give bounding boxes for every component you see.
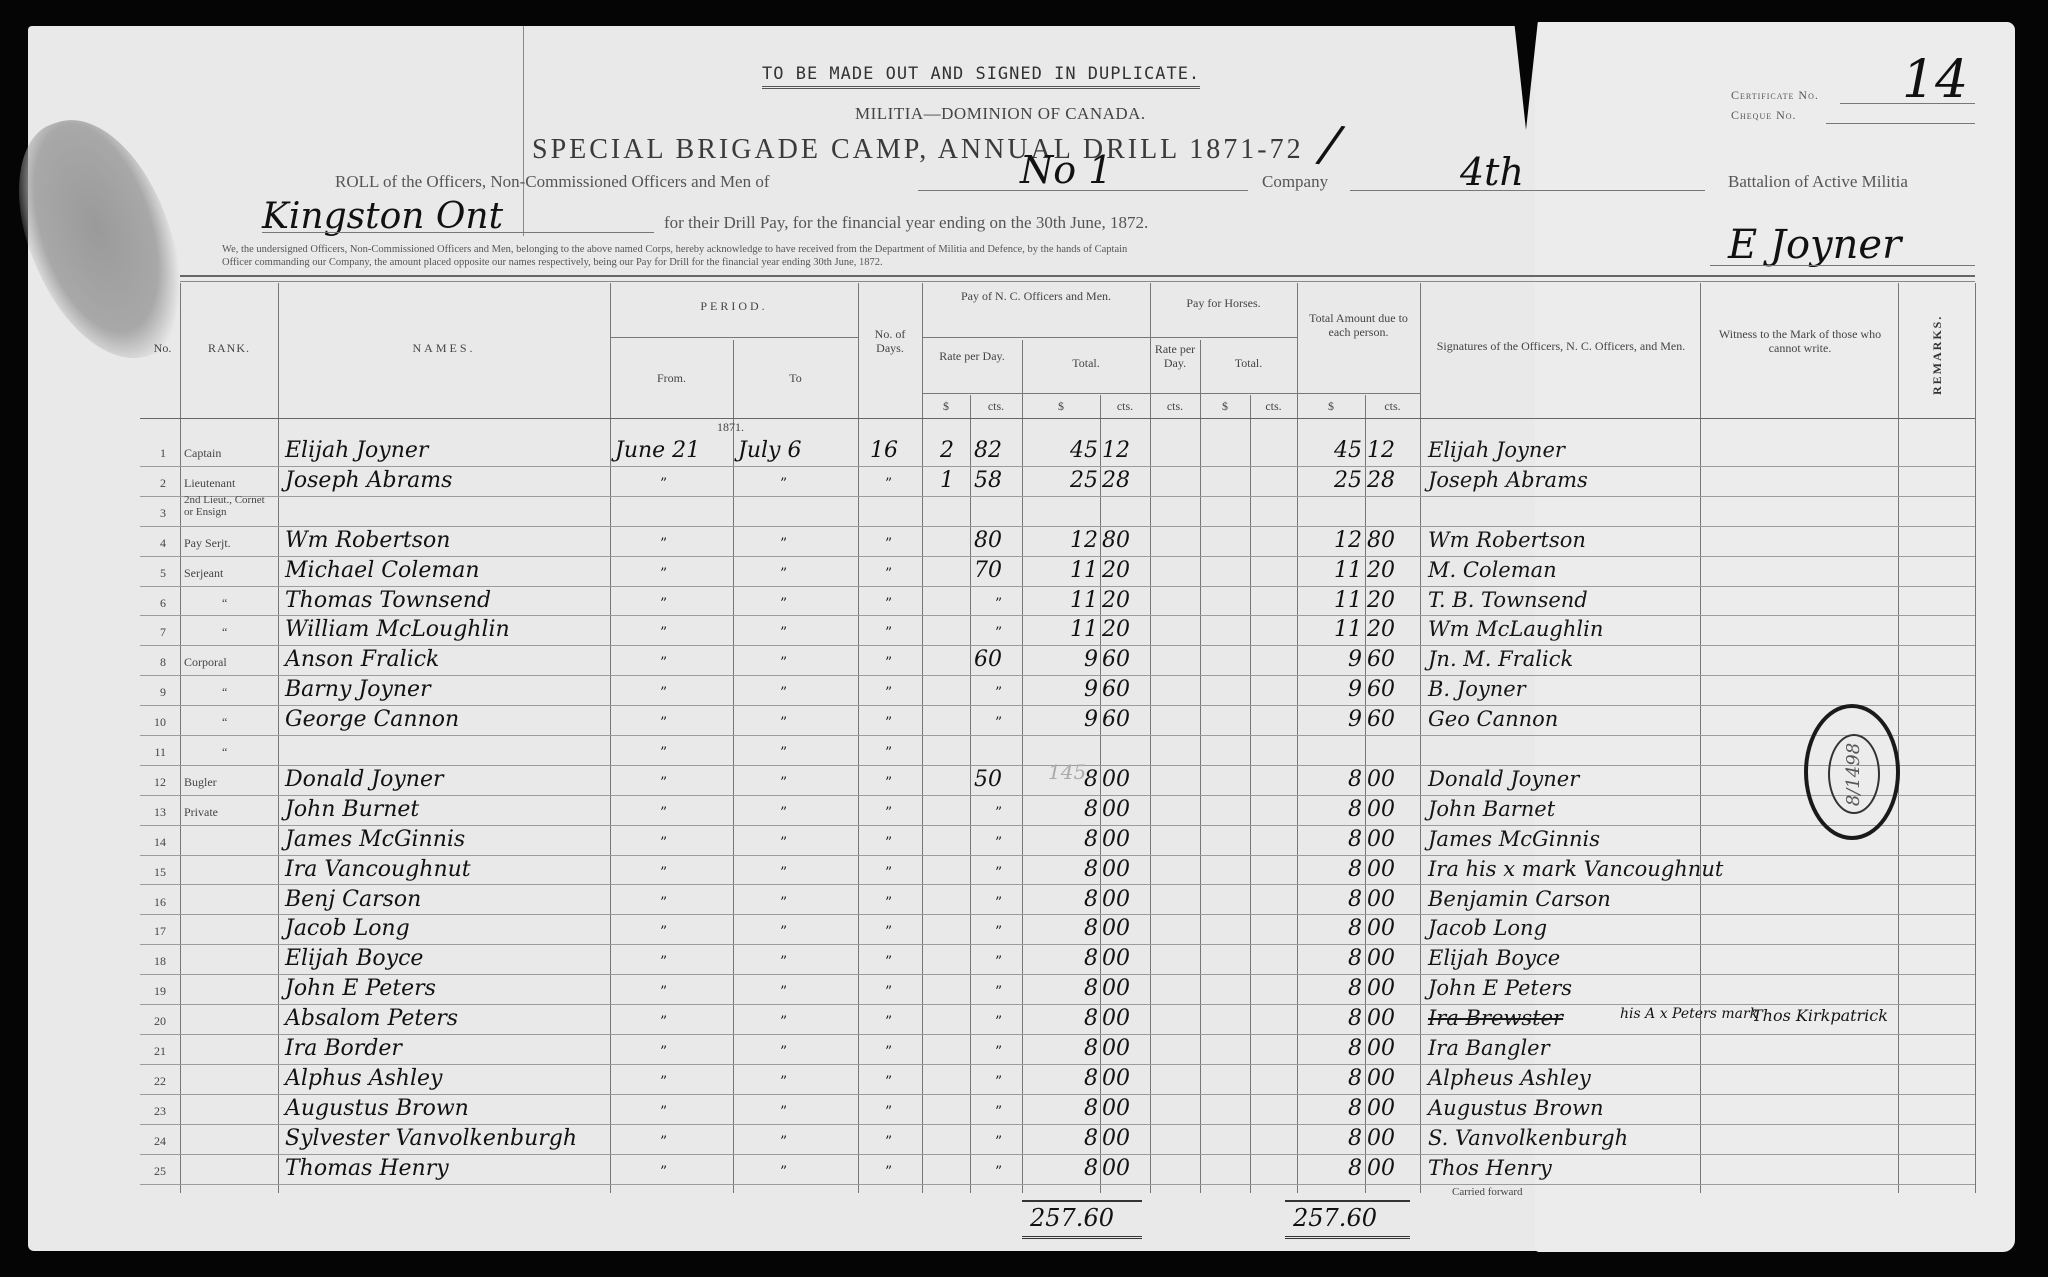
row-signature[interactable]: S. Vanvolkenburgh <box>1428 1126 1628 1150</box>
row-signature[interactable]: Augustus Brown <box>1428 1096 1603 1120</box>
amount-dollar-header: $ <box>1297 400 1365 414</box>
row-amount-dollars: 8 <box>1348 1066 1362 1091</box>
col-line <box>278 283 279 1193</box>
horse-cents-header: cts. <box>1250 400 1297 414</box>
row-amount-dollars: 12 <box>1334 528 1362 553</box>
row-name: Jacob Long <box>285 916 410 941</box>
row-to: ” <box>780 954 787 970</box>
row-from: ” <box>660 865 667 881</box>
carried-forward-label: Carried forward <box>1452 1186 1523 1198</box>
row-number: 9 <box>142 685 166 700</box>
row-days: ” <box>885 1134 892 1150</box>
row-rule <box>140 1094 1975 1095</box>
row-amount-dollars: 11 <box>1334 617 1362 642</box>
row-rule <box>140 1004 1975 1005</box>
row-to: ” <box>780 835 787 851</box>
row-total-cents: 00 <box>1102 1126 1130 1151</box>
row-signature[interactable]: Elijah Boyce <box>1428 946 1560 970</box>
row-number: 21 <box>142 1044 166 1059</box>
row-name: Joseph Abrams <box>285 468 452 493</box>
row-amount-cents: 00 <box>1367 916 1395 941</box>
col-line <box>1420 283 1421 1193</box>
row-amount-cents: 00 <box>1367 1096 1395 1121</box>
row-name: Thomas Henry <box>285 1156 449 1181</box>
row-rate-dollars: 1 <box>940 468 954 493</box>
col-header-remarks: REMARKS. <box>1930 315 1945 395</box>
col-line <box>970 395 971 1193</box>
row-rule <box>140 855 1975 856</box>
company-value[interactable]: 4th <box>1460 150 1524 194</box>
row-total-cents: 00 <box>1102 887 1130 912</box>
row-rank: “ <box>222 745 227 760</box>
row-from: ” <box>660 895 667 911</box>
row-total-cents: 00 <box>1102 976 1130 1001</box>
acknowledgement-line-1: We, the undersigned Officers, Non-Commis… <box>222 244 1127 255</box>
row-rule <box>140 586 1975 587</box>
row-rank: “ <box>222 625 227 640</box>
row-days: ” <box>885 745 892 761</box>
row-rank: Bugler <box>184 775 217 790</box>
drill-pay-text: for their Drill Pay, for the financial y… <box>664 213 1148 233</box>
cheque-field-line[interactable] <box>1826 123 1975 124</box>
company-field-line <box>1350 190 1705 191</box>
row-amount-cents: 00 <box>1367 827 1395 852</box>
total-dollar-header: $ <box>1022 400 1100 414</box>
row-total-dollars: 8 <box>1084 1036 1098 1061</box>
period-rule <box>610 337 858 338</box>
row-number: 1 <box>142 446 166 461</box>
col-line <box>1898 283 1899 1193</box>
row-amount-cents: 28 <box>1367 468 1395 493</box>
row-rank: Pay Serjt. <box>184 536 231 551</box>
row-signature[interactable]: Elijah Joyner <box>1428 438 1565 462</box>
row-total-cents: 20 <box>1102 588 1130 613</box>
militia-heading: MILITIA—DOMINION OF CANADA. <box>855 104 1146 124</box>
row-to: ” <box>780 715 787 731</box>
row-number: 17 <box>142 924 166 939</box>
col-header-rate: Rate per Day. <box>925 350 1019 364</box>
col-header-from: From. <box>610 372 733 386</box>
row-signature[interactable]: Geo Cannon <box>1428 707 1558 731</box>
row-days: ” <box>885 805 892 821</box>
row-rule <box>140 944 1975 945</box>
row-rate-cents: ” <box>995 625 1002 641</box>
row-from: ” <box>660 655 667 671</box>
row-signature[interactable]: Jacob Long <box>1428 916 1547 940</box>
row-from: ” <box>660 984 667 1000</box>
row-signature[interactable]: John Barnet <box>1428 797 1555 821</box>
stamp-number: 8/1498 <box>1844 742 1865 805</box>
row-days: ” <box>885 775 892 791</box>
col-line <box>858 283 859 1193</box>
row-amount-cents: 60 <box>1367 677 1395 702</box>
row-rate-cents: 60 <box>974 647 1002 672</box>
rate-cents-header: cts. <box>970 400 1022 414</box>
row-total-cents: 00 <box>1102 1096 1130 1121</box>
row-name: Ira Border <box>285 1036 402 1061</box>
row-signature[interactable]: Joseph Abrams <box>1428 468 1588 492</box>
row-amount-cents: 00 <box>1367 976 1395 1001</box>
col-header-to: To <box>733 372 858 386</box>
row-rank: Private <box>184 805 218 820</box>
row-to: ” <box>780 895 787 911</box>
col-line <box>1250 395 1251 1193</box>
row-total-dollars: 11 <box>1070 558 1098 583</box>
oval-stamp-icon: 8/1498 <box>1804 704 1900 840</box>
col-line <box>922 283 923 1193</box>
row-amount-dollars: 8 <box>1348 827 1362 852</box>
row-rule <box>140 705 1975 706</box>
row-number: 12 <box>142 775 166 790</box>
row-rate-cents: 58 <box>974 468 1002 493</box>
col-header-horse-rate: Rate per Day. <box>1150 343 1200 371</box>
paper-tear <box>1514 20 1538 130</box>
row-rate-cents: ” <box>995 984 1002 1000</box>
row-rank: Captain <box>184 446 221 461</box>
row-total-cents: 60 <box>1102 647 1130 672</box>
row-from: ” <box>660 1044 667 1060</box>
row-rate-cents: ” <box>995 1134 1002 1150</box>
row-days: ” <box>885 566 892 582</box>
row-rate-dollars: 2 <box>940 438 954 463</box>
cheque-label: Cheque No. <box>1731 108 1797 123</box>
row-total-cents: 00 <box>1102 946 1130 971</box>
row-total-dollars: 11 <box>1070 588 1098 613</box>
row-from: ” <box>660 1074 667 1090</box>
nco-total-box: 257.60 <box>1022 1200 1142 1239</box>
row-from: ” <box>660 954 667 970</box>
row-days: ” <box>885 984 892 1000</box>
row-amount-cents: 00 <box>1367 797 1395 822</box>
col-header-days: No. of Days. <box>862 328 918 356</box>
row-amount-cents: 60 <box>1367 647 1395 672</box>
row-total-cents: 60 <box>1102 707 1130 732</box>
row-total-dollars: 9 <box>1084 677 1098 702</box>
row-signature[interactable]: James McGinnis <box>1428 827 1600 851</box>
row-days: ” <box>885 625 892 641</box>
row-to: ” <box>780 745 787 761</box>
row-to: ” <box>780 984 787 1000</box>
row-amount-cents: 00 <box>1367 1126 1395 1151</box>
row-from: ” <box>660 566 667 582</box>
row-rule <box>140 1124 1975 1125</box>
row-to: ” <box>780 1074 787 1090</box>
row-amount-dollars: 45 <box>1334 438 1362 463</box>
row-total-dollars: 12 <box>1070 528 1098 553</box>
row-days: ” <box>885 895 892 911</box>
row-number: 10 <box>142 715 166 730</box>
col-line <box>1700 283 1701 1193</box>
row-rate-cents: ” <box>995 1164 1002 1180</box>
row-rate-cents: ” <box>995 596 1002 612</box>
row-rate-cents: ” <box>995 715 1002 731</box>
row-signature[interactable]: Jn. M. Fralick <box>1428 647 1573 671</box>
amount-total-value: 257.60 <box>1293 1204 1377 1232</box>
row-rate-cents: ” <box>995 924 1002 940</box>
location-value[interactable]: Kingston Ont <box>262 196 503 237</box>
row-amount-cents: 12 <box>1367 438 1395 463</box>
row-signature[interactable]: Alpheus Ashley <box>1428 1066 1591 1090</box>
row-total-dollars: 9 <box>1084 707 1098 732</box>
row-rule <box>140 466 1975 467</box>
row-name: Benj Carson <box>285 887 421 912</box>
row-to: ” <box>780 775 787 791</box>
row-from: ” <box>660 685 667 701</box>
row-from: ” <box>660 775 667 791</box>
row-to: ” <box>780 924 787 940</box>
row-witness[interactable]: Thos Kirkpatrick <box>1752 1006 1888 1025</box>
row-total-dollars: 11 <box>1070 617 1098 642</box>
row-rule <box>140 526 1975 527</box>
col-line <box>1975 283 1976 1193</box>
row-amount-dollars: 8 <box>1348 1156 1362 1181</box>
row-days: ” <box>885 476 892 492</box>
row-days: ” <box>885 1014 892 1030</box>
row-signature-mark: his A x Peters mark <box>1620 1006 1758 1022</box>
acknowledgement-line-2: Officer commanding our Company, the amou… <box>222 257 883 268</box>
col-line <box>733 340 734 1193</box>
col-line <box>1200 340 1201 1193</box>
row-days: ” <box>885 1104 892 1120</box>
row-rank: “ <box>222 685 227 700</box>
row-number: 11 <box>142 745 166 760</box>
year-note: 1871. <box>717 420 744 435</box>
row-amount-cents: 00 <box>1367 1036 1395 1061</box>
row-to: ” <box>780 596 787 612</box>
row-total-dollars: 8 <box>1084 916 1098 941</box>
row-days: ” <box>885 835 892 851</box>
captain-field-line <box>1710 265 1975 266</box>
row-rate-cents: ” <box>995 685 1002 701</box>
row-total-cents: 00 <box>1102 857 1130 882</box>
row-rank: Corporal <box>184 655 227 670</box>
row-rate-cents: ” <box>995 1074 1002 1090</box>
row-rule <box>140 645 1975 646</box>
row-to: ” <box>780 655 787 671</box>
row-name: Barny Joyner <box>285 677 431 702</box>
roll-prefix: ROLL of the Officers, Non-Commissioned O… <box>335 172 770 192</box>
row-number: 22 <box>142 1074 166 1089</box>
row-amount-dollars: 25 <box>1334 468 1362 493</box>
row-rate-cents: ” <box>995 895 1002 911</box>
row-rate-cents: ” <box>995 865 1002 881</box>
row-total-cents: 80 <box>1102 528 1130 553</box>
company-label: Company <box>1262 172 1328 192</box>
row-rank: Serjeant <box>184 566 223 581</box>
row-signature[interactable]: Wm Robertson <box>1428 528 1586 552</box>
row-rule <box>140 825 1975 826</box>
row-from: ” <box>660 745 667 761</box>
row-total-dollars: 9 <box>1084 647 1098 672</box>
row-amount-cents: 00 <box>1367 767 1395 792</box>
row-name: James McGinnis <box>285 827 465 852</box>
row-amount-dollars: 8 <box>1348 857 1362 882</box>
nco-pay-rule <box>922 337 1150 338</box>
row-rule <box>140 914 1975 915</box>
certificate-label: Certificate No. <box>1731 88 1819 103</box>
row-signature[interactable]: Benjamin Carson <box>1428 887 1611 911</box>
row-signature[interactable]: Ira Bangler <box>1428 1036 1550 1060</box>
row-signature[interactable]: Thos Henry <box>1428 1156 1552 1180</box>
row-days: ” <box>885 1044 892 1060</box>
row-total-dollars: 8 <box>1084 1006 1098 1031</box>
row-total-cents: 00 <box>1102 1156 1130 1181</box>
row-rule <box>140 1154 1975 1155</box>
row-number: 20 <box>142 1014 166 1029</box>
row-signature[interactable]: B. Joyner <box>1428 677 1526 701</box>
row-from: ” <box>660 805 667 821</box>
row-name: Thomas Townsend <box>285 588 491 613</box>
row-from: ” <box>660 835 667 851</box>
row-rule <box>140 615 1975 616</box>
row-amount-cents: 20 <box>1367 617 1395 642</box>
row-total-cents: 60 <box>1102 677 1130 702</box>
row-rank: “ <box>222 596 227 611</box>
row-days: ” <box>885 715 892 731</box>
row-to: ” <box>780 805 787 821</box>
row-rule <box>140 795 1975 796</box>
row-amount-cents: 00 <box>1367 1006 1395 1031</box>
row-signature[interactable]: Ira Brewster <box>1428 1006 1563 1030</box>
row-amount-dollars: 8 <box>1348 946 1362 971</box>
row-number: 2 <box>142 476 166 491</box>
row-amount-dollars: 8 <box>1348 976 1362 1001</box>
row-from: ” <box>660 536 667 552</box>
row-amount-cents: 20 <box>1367 588 1395 613</box>
row-amount-dollars: 11 <box>1334 588 1362 613</box>
row-total-dollars: 8 <box>1084 976 1098 1001</box>
row-signature[interactable]: T. B. Townsend <box>1428 588 1588 612</box>
row-to: ” <box>780 1164 787 1180</box>
row-name: Donald Joyner <box>285 767 443 792</box>
header-divider <box>180 275 1975 282</box>
row-to: ” <box>780 536 787 552</box>
row-from: ” <box>660 1014 667 1030</box>
row-rank: 2nd Lieut., Cornet or Ensign <box>184 494 274 518</box>
row-total-dollars: 8 <box>1084 1096 1098 1121</box>
duplicate-banner: TO BE MADE OUT AND SIGNED IN DUPLICATE. <box>762 64 1200 89</box>
row-to: ” <box>780 1134 787 1150</box>
row-amount-cents: 60 <box>1367 707 1395 732</box>
row-total-cents: 28 <box>1102 468 1130 493</box>
horse-rate-cents-header: cts. <box>1150 400 1200 414</box>
row-total-cents: 00 <box>1102 827 1130 852</box>
row-total-cents: 12 <box>1102 438 1130 463</box>
certificate-value[interactable]: 14 <box>1902 50 1968 110</box>
row-total-cents: 00 <box>1102 797 1130 822</box>
row-rule <box>140 1064 1975 1065</box>
col-line <box>1150 283 1151 1193</box>
row-number: 4 <box>142 536 166 551</box>
row-rule <box>140 974 1975 975</box>
row-total-dollars: 8 <box>1084 1126 1098 1151</box>
row-to: ” <box>780 625 787 641</box>
row-number: 18 <box>142 954 166 969</box>
document-sheet-right <box>1535 22 2015 1252</box>
row-rate-cents: ” <box>995 1104 1002 1120</box>
row-number: 14 <box>142 835 166 850</box>
row-rate-cents: 50 <box>974 767 1002 792</box>
row-rule <box>140 675 1975 676</box>
row-to: ” <box>780 476 787 492</box>
row-name: Sylvester Vanvolkenburgh <box>285 1126 577 1151</box>
row-number: 25 <box>142 1164 166 1179</box>
row-total-cents: 20 <box>1102 558 1130 583</box>
row-signature[interactable]: Donald Joyner <box>1428 767 1579 791</box>
row-number: 19 <box>142 984 166 999</box>
row-amount-dollars: 8 <box>1348 1126 1362 1151</box>
row-rule <box>140 884 1975 885</box>
row-signature[interactable]: M. Coleman <box>1428 558 1557 582</box>
row-number: 16 <box>142 895 166 910</box>
row-rule <box>140 1034 1975 1035</box>
col-line <box>1022 340 1023 1193</box>
row-total-dollars: 8 <box>1084 857 1098 882</box>
col-header-nco-pay: Pay of N. C. Officers and Men. <box>925 290 1147 304</box>
row-amount-dollars: 8 <box>1348 1006 1362 1031</box>
row-amount-cents: 00 <box>1367 1066 1395 1091</box>
row-to: ” <box>780 1104 787 1120</box>
row-total-dollars: 8 <box>1084 887 1098 912</box>
stamp-inner-ring: 8/1498 <box>1828 734 1880 814</box>
col-header-total: Total. <box>1022 357 1150 371</box>
row-number: 5 <box>142 566 166 581</box>
row-name: Alphus Ashley <box>285 1066 442 1091</box>
row-amount-cents: 80 <box>1367 528 1395 553</box>
row-number: 3 <box>142 506 166 521</box>
col-line <box>610 283 611 1193</box>
corps-value[interactable]: No 1 <box>1020 148 1112 192</box>
location-field-line <box>262 232 654 233</box>
row-total-dollars: 45 <box>1070 438 1098 463</box>
row-days: ” <box>885 536 892 552</box>
row-days: 16 <box>870 438 898 463</box>
row-from: ” <box>660 1164 667 1180</box>
row-rate-cents: 80 <box>974 528 1002 553</box>
col-header-signatures: Signatures of the Officers, N. C. Office… <box>1430 340 1692 354</box>
row-signature[interactable]: Wm McLaughlin <box>1428 617 1603 641</box>
row-rate-cents: 70 <box>974 558 1002 583</box>
row-rule <box>140 556 1975 557</box>
horse-dollar-header: $ <box>1200 400 1250 414</box>
row-signature[interactable]: Ira his x mark Vancoughnut <box>1428 857 1723 881</box>
col-line <box>1365 395 1366 1193</box>
row-rate-cents: 82 <box>974 438 1002 463</box>
row-from: ” <box>660 1134 667 1150</box>
rate-dollar-header: $ <box>922 400 970 414</box>
row-signature[interactable]: John E Peters <box>1428 976 1572 1000</box>
horses-rule <box>1150 337 1297 338</box>
row-days: ” <box>885 865 892 881</box>
row-from: June 21 <box>615 438 700 463</box>
row-name: Absalom Peters <box>285 1006 458 1031</box>
row-amount-cents: 00 <box>1367 887 1395 912</box>
row-total-cents: 20 <box>1102 617 1130 642</box>
row-name: George Cannon <box>285 707 459 732</box>
row-number: 15 <box>142 865 166 880</box>
captain-name-value[interactable]: E Joyner <box>1728 222 1901 268</box>
row-total-cents: 00 <box>1102 1036 1130 1061</box>
row-rate-cents: ” <box>995 835 1002 851</box>
row-amount-dollars: 11 <box>1334 558 1362 583</box>
row-rule <box>140 735 1975 736</box>
battalion-label: Battalion of Active Militia <box>1728 172 1908 192</box>
row-to: ” <box>780 685 787 701</box>
row-name: Augustus Brown <box>285 1096 469 1121</box>
row-to: ” <box>780 865 787 881</box>
row-name: Elijah Boyce <box>285 946 423 971</box>
row-total-dollars: 8 <box>1084 946 1098 971</box>
